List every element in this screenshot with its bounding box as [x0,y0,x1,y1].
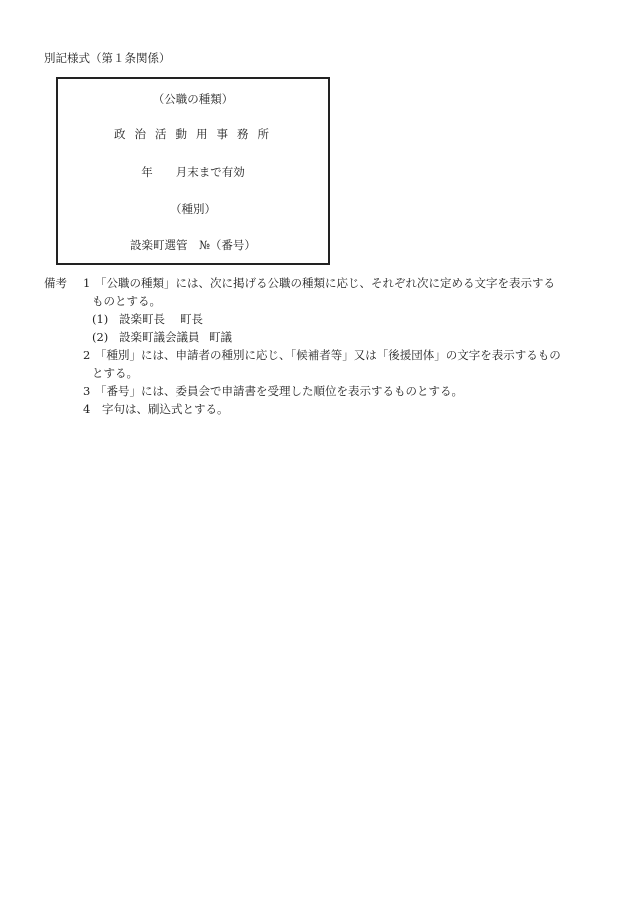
political-office-line: 政治活動用事務所 [58,129,328,141]
note-2-number: 2 [83,350,90,362]
category-line: （種別） [58,204,328,216]
note-4-number: 4 [83,404,90,416]
sign-template-box: （公職の種類） 政治活動用事務所 年 月末まで有効 （種別） 設楽町選管 №（番… [56,77,330,265]
subitem-1-number: (1) [92,314,108,326]
subitem-1-office: 設楽町長 [119,314,165,326]
note-3-number: 3 [83,386,90,398]
note-2-text-cont: とする。 [92,368,138,380]
note-2-text: 「種別」には、申請者の種別に応じ、「候補者等」又は「後援団体」の文字を表示するも… [95,350,561,362]
subitem-2-number: (2) [92,332,108,344]
note-4-text: 字句は、刷込式とする。 [102,404,229,416]
note-1-text: 「公職の種類」には、次に掲げる公職の種類に応じ、それぞれ次に定める文字を表示する [95,278,555,290]
subitem-1-label: 町長 [180,314,203,326]
note-1-text-cont: ものとする。 [92,296,161,308]
office-type-line: （公職の種類） [58,94,328,106]
note-1-number: 1 [83,278,90,290]
subitem-2-office: 設楽町議会議員 [119,332,200,344]
notes-label: 備考 [44,278,67,290]
registration-number-line: 設楽町選管 №（番号） [58,240,328,252]
form-title: 別記様式（第１条関係） [44,53,171,65]
note-3-text: 「番号」には、委員会で申請書を受理した順位を表示するものとする。 [95,386,463,398]
validity-line: 年 月末まで有効 [58,167,328,179]
subitem-2-label: 町議 [209,332,232,344]
